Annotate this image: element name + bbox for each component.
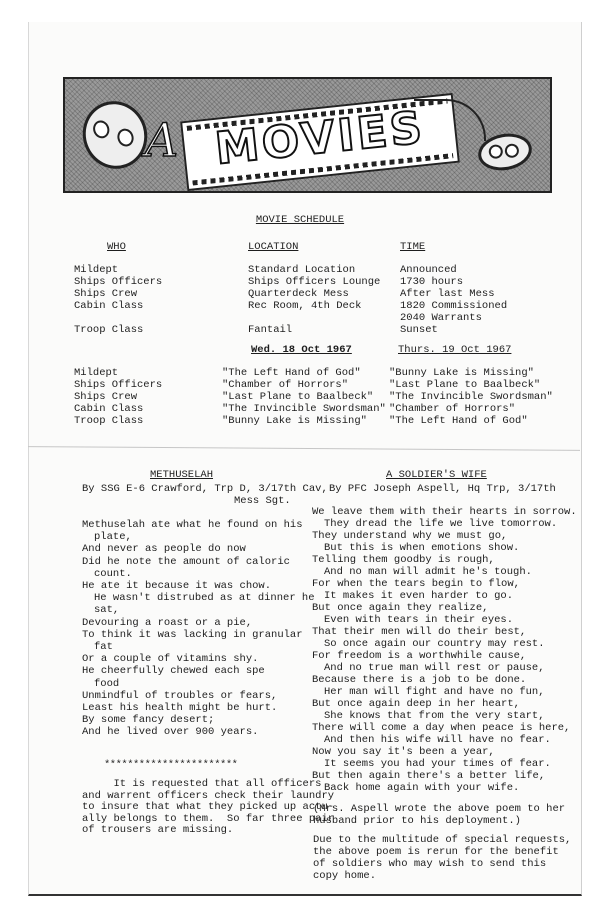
text-line: It is requested that all officers	[82, 779, 334, 791]
showing-cell-day1: "The Left Hand of God"	[222, 367, 361, 379]
showing-cell-day1: "The Invincible Swordsman"	[222, 403, 386, 415]
text-line: He cheerfully chewed each spe	[82, 665, 315, 677]
showing-cell-day2: "Chamber of Horrors"	[389, 403, 515, 415]
section-separator: ***********************	[104, 759, 237, 771]
text-line: copy home.	[313, 870, 571, 882]
movies-banner: A MOVIES	[63, 77, 552, 193]
poem-right-note: (Mrs. Aspell wrote the above poem to her…	[313, 803, 565, 827]
text-line: Even with tears in their eyes.	[312, 614, 577, 626]
showing-cell-day2: "Last Plane to Baalbeck"	[389, 379, 540, 391]
schedule-cell-who: Ships Crew	[74, 288, 137, 300]
text-line: of trousers are missing.	[82, 825, 334, 837]
text-line: But this is when emotions show.	[312, 542, 577, 554]
poem-left-title: METHUSELAH	[150, 469, 213, 481]
showing-cell-day1: "Chamber of Horrors"	[222, 379, 348, 391]
showing-cell-who: Ships Crew	[74, 391, 137, 403]
poem-right-byline: By PFC Joseph Aspell, Hq Trp, 3/17th	[329, 483, 556, 495]
header-who: WHO	[107, 241, 126, 253]
text-line: plate,	[82, 531, 315, 543]
schedule-cell-time: After last Mess	[400, 288, 495, 300]
text-line: It seems you had your times of fear.	[312, 758, 577, 770]
showing-cell-day2: "Bunny Lake is Missing"	[389, 367, 534, 379]
showing-cell-who: Troop Class	[74, 415, 143, 427]
poem-left-body: Methuselah ate what he found on hisplate…	[82, 519, 315, 739]
text-line: And no man will admit he's tough.	[312, 566, 577, 578]
schedule-cell-location: Quarterdeck Mess	[248, 288, 349, 300]
text-line: Methuselah ate what he found on his	[82, 519, 315, 531]
rerun-notice: Due to the multitude of special requests…	[313, 834, 571, 882]
banner-script-letter: A	[145, 113, 178, 167]
showing-cell-day2: "The Invincible Swordsman"	[389, 391, 553, 403]
text-line: That their men will do their best,	[312, 626, 577, 638]
text-line: For freedom is a worthwhile cause,	[312, 650, 577, 662]
text-line: to insure that what they picked up actu-	[82, 802, 334, 814]
showing-cell-who: Ships Officers	[74, 379, 162, 391]
text-line: husband prior to his deployment.)	[313, 815, 565, 827]
text-line: And he lived over 900 years.	[82, 726, 315, 738]
text-line: But then again there's a better life,	[312, 770, 577, 782]
schedule-cell-who: Cabin Class	[74, 300, 143, 312]
day1-header: Wed. 18 Oct 1967	[251, 344, 352, 356]
text-line: But once again they realize,	[312, 602, 577, 614]
text-line: To think it was lacking in granular	[82, 629, 315, 641]
header-location: LOCATION	[248, 241, 298, 253]
text-line: There will come a day when peace is here…	[312, 722, 577, 734]
film-ribbon-icon	[414, 99, 486, 141]
text-line: It makes it even harder to go.	[312, 590, 577, 602]
day2-header: Thurs. 19 Oct 1967	[398, 344, 511, 356]
schedule-cell-time: Sunset	[400, 324, 438, 336]
poem-left-byline: By SSG E-6 Crawford, Trp D, 3/17th Cav,	[82, 483, 328, 495]
schedule-title: MOVIE SCHEDULE	[0, 214, 600, 226]
text-line: Unmindful of troubles or fears,	[82, 690, 315, 702]
text-line: Due to the multitude of special requests…	[313, 834, 571, 846]
showing-cell-day2: "The Left Hand of God"	[389, 415, 528, 427]
text-line: By some fancy desert;	[82, 714, 315, 726]
schedule-cell-location: Rec Room, 4th Deck	[248, 300, 361, 312]
poem-right-body: We leave them with their hearts in sorro…	[312, 506, 577, 794]
text-line: Devouring a roast or a pie,	[82, 617, 315, 629]
schedule-cell-who: Ships Officers	[74, 276, 162, 288]
text-line: Her man will fight and have no fun,	[312, 686, 577, 698]
schedule-cell-location: Ships Officers Lounge	[248, 276, 380, 288]
schedule-cell-who: Mildept	[74, 264, 118, 276]
text-line: count.	[82, 568, 315, 580]
text-line: But once again deep in her heart,	[312, 698, 577, 710]
text-line: And then his wife will have no fear.	[312, 734, 577, 746]
schedule-cell-time: 1730 hours	[400, 276, 463, 288]
schedule-cell-time: Announced	[400, 264, 457, 276]
text-line: And never as people do now	[82, 543, 315, 555]
laundry-notice: It is requested that all officersand war…	[82, 779, 334, 837]
text-line: Or a couple of vitamins shy.	[82, 653, 315, 665]
poem-right-title: A SOLDIER'S WIFE	[386, 469, 487, 481]
text-line: They understand why we must go,	[312, 530, 577, 542]
text-line: We leave them with their hearts in sorro…	[312, 506, 577, 518]
text-line: Now you say it's been a year,	[312, 746, 577, 758]
text-line: She knows that from the very start,	[312, 710, 577, 722]
showing-cell-day1: "Bunny Lake is Missing"	[222, 415, 367, 427]
text-line: They dread the life we live tomorrow.	[312, 518, 577, 530]
text-line: the above poem is rerun for the benefit	[313, 846, 571, 858]
text-line: So once again our country may rest.	[312, 638, 577, 650]
text-line: For when the tears begin to flow,	[312, 578, 577, 590]
poem-left-byline-role: Mess Sgt.	[234, 495, 291, 507]
text-line: food	[82, 678, 315, 690]
schedule-cell-location: Standard Location	[248, 264, 355, 276]
text-line: He wasn't distrubed as at dinner he	[82, 592, 315, 604]
showing-cell-who: Cabin Class	[74, 403, 143, 415]
schedule-cell-location: Fantail	[248, 324, 292, 336]
text-line: He ate it because it was chow.	[82, 580, 315, 592]
text-line: Least his health might be hurt.	[82, 702, 315, 714]
header-time: TIME	[400, 241, 425, 253]
text-line: And no true man will rest or pause,	[312, 662, 577, 674]
text-line: sat,	[82, 604, 315, 616]
text-line: of soldiers who may wish to send this	[313, 858, 571, 870]
showing-cell-day1: "Last Plane to Baalbeck"	[222, 391, 373, 403]
showing-cell-who: Mildept	[74, 367, 118, 379]
text-line: Because there is a job to be done.	[312, 674, 577, 686]
text-line: fat	[82, 641, 315, 653]
schedule-cell-time: 1820 Commissioned	[400, 300, 507, 312]
text-line: Back home again with your wife.	[312, 782, 577, 794]
text-line: Did he note the amount of caloric	[82, 556, 315, 568]
schedule-cell-time: 2040 Warrants	[400, 312, 482, 324]
text-line: Telling them goodby is rough,	[312, 554, 577, 566]
schedule-cell-who: Troop Class	[74, 324, 143, 336]
text-line: (Mrs. Aspell wrote the above poem to her	[313, 803, 565, 815]
